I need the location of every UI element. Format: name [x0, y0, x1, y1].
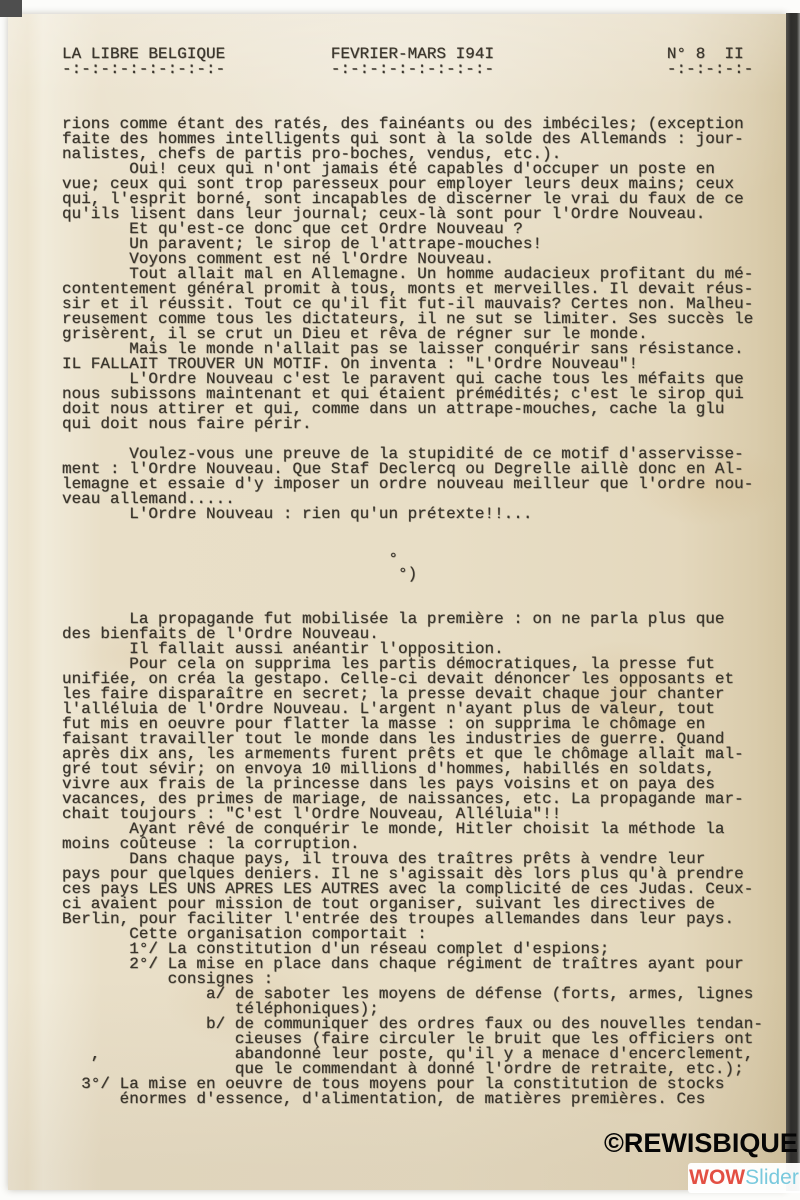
wowslider-slider-text: Slider: [745, 1166, 799, 1190]
scan-edge-band: [786, 13, 800, 1191]
wowslider-wow-text: WOW: [689, 1166, 745, 1190]
paper-page: LA LIBRE BELGIQUE FEVRIER-MARS I94I N° 8…: [8, 14, 786, 1190]
typed-body-text: rions comme étant des ratés, des fainéan…: [62, 117, 763, 1107]
copyright-watermark: ©REWISBIQUE: [604, 1128, 798, 1159]
scanned-page-photo: LA LIBRE BELGIQUE FEVRIER-MARS I94I N° 8…: [0, 0, 800, 1200]
scan-corner-artifact: [0, 0, 22, 17]
masthead: LA LIBRE BELGIQUE FEVRIER-MARS I94I N° 8…: [62, 47, 753, 77]
wowslider-watermark: WOWSlider: [688, 1163, 800, 1193]
